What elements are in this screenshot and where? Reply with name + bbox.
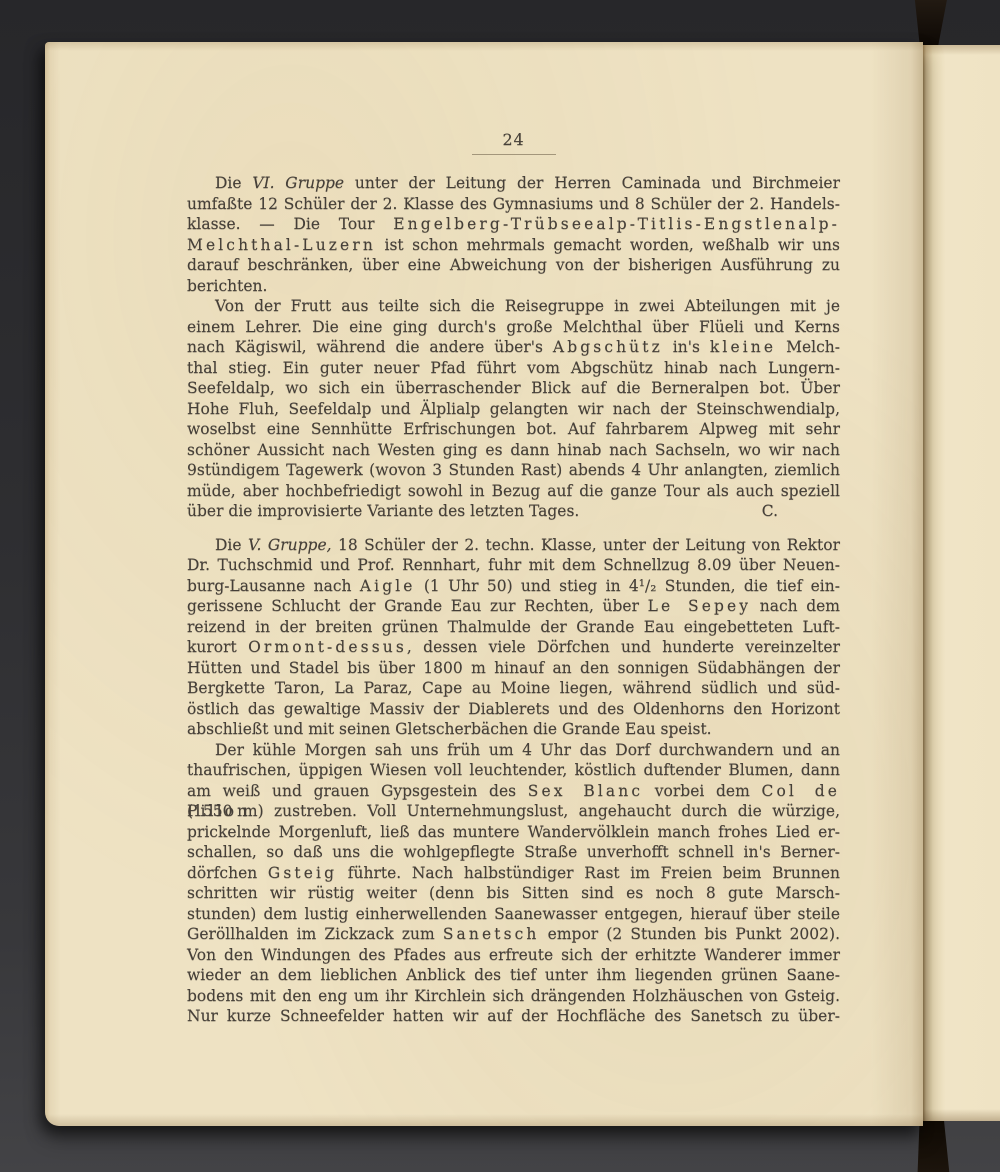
letterspaced-text: Sanetsch [443,925,540,943]
text-line: Von der Frutt aus teilte sich die Reiseg… [187,296,840,317]
text-line: müde, aber hochbefriedigt sowohl in Bezu… [187,481,840,502]
page-number: 24 [503,130,525,149]
letterspaced-text: Abgschütz [553,338,663,356]
text-line: Geröllhalden im Zickzack zum Sanetsch em… [187,924,840,945]
text-block: Die VI. Gruppe unter der Leitung der Her… [187,173,840,1027]
letterspaced-text: Engelberg-Trübseealp-Titlis-Engstlenalp- [393,215,840,233]
text-line: reizend in der breiten grünen Thalmulde … [187,617,840,638]
text-line: gerissene Schlucht der Grande Eau zur Re… [187,596,840,617]
text-section: Die VI. Gruppe unter der Leitung der Her… [187,173,840,522]
letterspaced-text: Aigle [360,577,416,595]
text-line: nach Kägiswil, während die andere über's… [187,337,840,358]
text-line: schöner Aussicht nach Westen ging es dan… [187,440,840,461]
text-line: Dr. Tuchschmid und Prof. Rennhart, fuhr … [187,555,840,576]
text-line: schallen, so daß uns die wohlgepflegte S… [187,842,840,863]
text-line: Die V. Gruppe, 18 Schüler der 2. techn. … [187,535,840,556]
letterspaced-text: Melchthal-Luzern [187,236,376,254]
text-line: Seefeldalp, wo sich ein überraschender B… [187,378,840,399]
text-section: Die V. Gruppe, 18 Schüler der 2. techn. … [187,535,840,1027]
text-line: einem Lehrer. Die eine ging durch's groß… [187,317,840,338]
text-line: burg-Lausanne nach Aigle (1 Uhr 50) und … [187,576,840,597]
text-line: thal stieg. Ein guter neuer Pfad führt v… [187,358,840,379]
text-line: woselbst eine Sennhütte Erfrischungen bo… [187,419,840,440]
text-line: östlich das gewaltige Massiv der Diabler… [187,699,840,720]
text-line: Hütten und Stadel bis über 1800 m hinauf… [187,658,840,679]
text-line: dörfchen Gsteig führte. Nach halbstündig… [187,863,840,884]
letterspaced-text: Ormont-dessus [248,638,407,656]
letterspaced-text: kleine [710,338,776,356]
letterspaced-text: Le Sepey [648,597,752,615]
facing-page-edge [923,45,1000,1121]
page-header: 24 [187,130,840,155]
page-number-rule [472,154,556,155]
text-line: klasse. — Die Tour Engelberg-Trübseealp-… [187,214,840,235]
text-line: abschließt und mit seinen Gletscherbäche… [187,719,840,740]
italic-text: VI. Gruppe [252,174,344,192]
text-line: stunden) dem lustig einherwellenden Saan… [187,904,840,925]
text-line: wieder an dem lieblichen Anblick des tie… [187,965,840,986]
italic-text: V. Gruppe, [248,536,332,554]
text-line: Bergkette Taron, La Paraz, Cape au Moine… [187,678,840,699]
text-line: schritten wir rüstig weiter (denn bis Si… [187,883,840,904]
text-line: am weiß und grauen Gypsgestein des Sex B… [187,781,840,802]
letterspaced-text: Gsteig [268,864,337,882]
text-line: thaufrischen, üppigen Wiesen voll leucht… [187,760,840,781]
book-page: 24 Die VI. Gruppe unter der Leitung der … [45,42,923,1126]
text-line: bodens mit den eng um ihr Kirchlein sich… [187,986,840,1007]
text-line: Von den Windungen des Pfades aus erfreut… [187,945,840,966]
letterspaced-text: Sex Blanc [528,782,643,800]
text-line: prickelnde Morgenluft, ließ das muntere … [187,822,840,843]
text-line: darauf beschränken, über eine Abweichung… [187,255,840,276]
bookmark-ribbon-top-icon [912,0,948,47]
text-line: berichten. [187,276,840,297]
text-line: Nur kurze Schneefelder hatten wir auf de… [187,1006,840,1027]
text-line: 9stündigem Tagewerk (wovon 3 Stunden Ras… [187,460,840,481]
text-line: C.über die improvisierte Variante des le… [187,501,840,522]
text-line: Hohe Fluh, Seefeldalp und Älplialp gelan… [187,399,840,420]
text-line: (1550 m) zustreben. Voll Unternehmungslu… [187,801,840,822]
text-line: Melchthal-Luzern ist schon mehrmals gema… [187,235,840,256]
text-line: Der kühle Morgen sah uns früh um 4 Uhr d… [187,740,840,761]
text-line: kurort Ormont-dessus, dessen viele Dörfc… [187,637,840,658]
text-line: umfaßte 12 Schüler der 2. Klasse des Gym… [187,194,840,215]
text-line: Die VI. Gruppe unter der Leitung der Her… [187,173,840,194]
author-initial: C. [762,501,840,522]
book-scan: 24 Die VI. Gruppe unter der Leitung der … [0,0,1000,1172]
